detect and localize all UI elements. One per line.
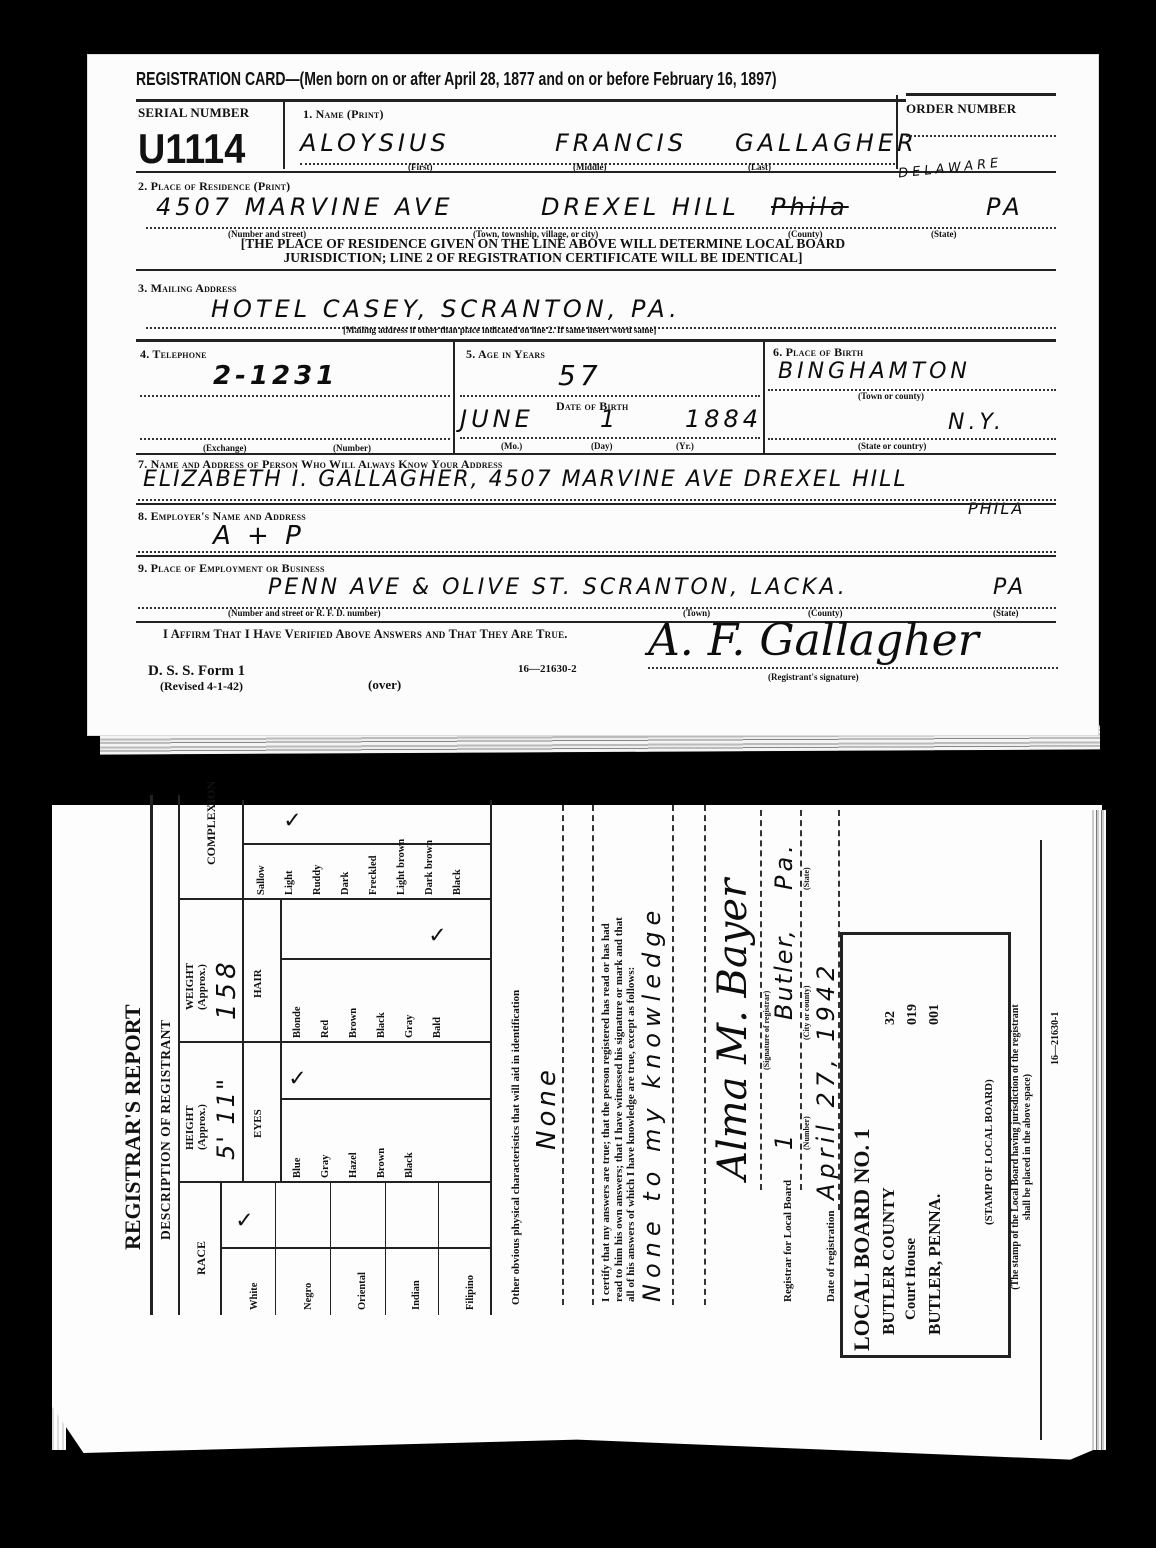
residence-state: PA: [986, 193, 1024, 221]
stamp-code-2: 019: [905, 1004, 921, 1025]
hair-black: Black: [368, 1006, 396, 1038]
race-indian: Indian: [390, 1272, 444, 1310]
mailing-value: HOTEL CASEY, SCRANTON, PA.: [211, 295, 681, 323]
first-name: ALOYSIUS: [300, 129, 450, 157]
eyes-black: Black: [396, 1148, 424, 1178]
registration-card-front: REGISTRATION CARD—(Men born on or after …: [88, 55, 1098, 735]
board-city-caption: (City or county): [802, 985, 811, 1040]
telephone-label: 4. Telephone: [140, 347, 207, 362]
middle-name: FRANCIS: [555, 129, 687, 157]
dob-day: 1: [600, 405, 619, 433]
serial-number-label: SERIAL NUMBER: [138, 105, 249, 121]
complexion-light-brown: Light brown: [388, 839, 416, 895]
registrar-board-city: Butler,: [770, 928, 798, 1020]
complexion-light: Light: [276, 839, 304, 895]
residence-town: DREXEL HILL: [541, 193, 740, 221]
age-value: 57: [558, 359, 602, 392]
mailing-field: HOTEL CASEY, SCRANTON, PA.: [146, 295, 1056, 329]
registrar-board-number: 1: [770, 1131, 798, 1150]
stamp-line-4: BUTLER, PENNA.: [925, 1194, 945, 1335]
birth-town: BINGHAMTON: [778, 359, 971, 384]
hair-gray: Gray: [396, 1006, 424, 1038]
race-label: RACE: [194, 1241, 209, 1275]
name-label: 1. Name (Print): [303, 107, 384, 122]
eyes-gray: Gray: [312, 1148, 340, 1178]
form-revised: (Revised 4-1-42): [160, 679, 243, 694]
employment-value: PENN AVE & OLIVE ST. SCRANTON, LACKA.: [268, 575, 848, 600]
residence-label: 2. Place of Residence (Print): [138, 179, 290, 194]
race-negro: Negro: [282, 1272, 336, 1310]
day-caption: (Day): [591, 441, 613, 451]
report-title: REGISTRAR'S REPORT: [120, 1004, 146, 1250]
certify-line-1: I certify that my answers are true; that…: [600, 917, 613, 1302]
year-caption: (Yr.): [676, 441, 694, 451]
signature-caption: (Registrant's signature): [768, 672, 859, 682]
over-label: (over): [368, 677, 401, 693]
eyes-blue-check: ✓: [288, 1066, 306, 1091]
residence-county: Phila: [771, 193, 849, 221]
eyes-options: Blue Gray Hazel Brown Black: [284, 1148, 424, 1178]
birth-state-caption: (State or country): [858, 441, 926, 451]
number-caption: (Number): [333, 443, 371, 453]
age-label: 5. Age in Years: [466, 347, 545, 362]
local-board-stamp: LOCAL BOARD NO. 1 BUTLER COUNTY Court Ho…: [840, 932, 1011, 1358]
date-of-registration-label: Date of registration: [825, 1211, 837, 1302]
serial-number-value: U1114: [138, 125, 245, 173]
complexion-light-check: ✓: [283, 808, 301, 833]
month-caption: (Mo.): [501, 441, 522, 451]
mailing-label: 3. Mailing Address: [138, 281, 237, 296]
certify-line-3: all of his answers of which I have knowl…: [625, 917, 638, 1302]
contact-value: ELIZABETH I. GALLAGHER, 4507 MARVINE AVE…: [143, 467, 908, 492]
registrant-signature: A. F. Gallagher: [648, 615, 979, 666]
complexion-sallow: Sallow: [248, 839, 276, 895]
county-correction: DELAWARE: [898, 156, 1003, 182]
hair-options: Blonde Red Brown Black Gray Bald: [284, 1006, 452, 1038]
order-number-label: ORDER NUMBER: [906, 101, 1016, 117]
height-label-block: HEIGHT (Approx.): [184, 1104, 208, 1150]
emp-street-caption: (Number and street or R. F. D. number): [228, 608, 381, 618]
certify-line-2: read to him his own answers; that I have…: [613, 917, 626, 1302]
name-field: ALOYSIUS FRANCIS GALLAGHER: [300, 129, 895, 165]
weight-approx: (Approx.): [196, 963, 208, 1010]
complexion-options: Sallow Light Ruddy Dark Freckled Light b…: [248, 839, 472, 895]
employer-value: A + P: [213, 521, 305, 551]
complexion-dark-brown: Dark brown: [416, 839, 444, 895]
birth-town-caption: (Town or county): [858, 391, 924, 401]
other-characteristics-label: Other obvious physical characteristics t…: [510, 990, 522, 1305]
stamp-code-1: 32: [883, 1011, 899, 1025]
eyes-blue: Blue: [284, 1148, 312, 1178]
eyes-hazel: Hazel: [340, 1148, 368, 1178]
employment-state: PA: [993, 575, 1026, 600]
employment-field: PENN AVE & OLIVE ST. SCRANTON, LACKA. PA: [138, 575, 1056, 609]
height-value: 5' 11": [212, 1077, 240, 1160]
registrar-board-label: Registrar for Local Board: [782, 1180, 794, 1302]
eyes-brown: Brown: [368, 1148, 396, 1178]
race-oriental: Oriental: [336, 1272, 390, 1310]
hair-label: HAIR: [252, 969, 264, 998]
stamp-line-3: Court House: [903, 1238, 920, 1320]
registrar-signature: Alma M. Bayer: [710, 879, 756, 1180]
complexion-black: Black: [444, 839, 472, 895]
registrars-report-rotated: REGISTRAR'S REPORT DESCRIPTION OF REGIST…: [120, 820, 1080, 1480]
registrar-board-state: Pa.: [770, 841, 798, 890]
form-id: D. S. S. Form 1: [148, 663, 245, 680]
weight-value: 158: [212, 958, 242, 1020]
race-options: White Negro Oriental Indian Filipino: [228, 1272, 498, 1310]
race-white-check: ✓: [235, 1208, 253, 1233]
birth-state: N.Y.: [948, 410, 1005, 435]
complexion-dark: Dark: [332, 839, 360, 895]
affirmation-text: I Affirm That I Have Verified Above Answ…: [163, 627, 568, 642]
stamp-note-line-1: (The stamp of the Local Board having jur…: [1010, 932, 1022, 1362]
stamp-line-1: LOCAL BOARD NO. 1: [849, 1129, 875, 1351]
stamp-note: (The stamp of the Local Board having jur…: [1010, 932, 1034, 1362]
certification-text: I certify that my answers are true; that…: [600, 917, 638, 1302]
height-approx: (Approx.): [196, 1104, 208, 1150]
contact-value-line2: PHILA: [968, 499, 1024, 518]
hair-blonde: Blonde: [284, 1006, 312, 1038]
print-code-back: 16—21630-1: [1050, 1012, 1061, 1065]
weight-label-block: WEIGHT (Approx.): [184, 963, 208, 1010]
race-white: White: [228, 1272, 282, 1310]
complexion-freckled: Freckled: [360, 839, 388, 895]
dob-field: JUNE 1 1884: [460, 405, 760, 439]
eyes-label: EYES: [252, 1109, 264, 1138]
hair-gray-check: ✓: [428, 923, 446, 948]
complexion-ruddy: Ruddy: [304, 839, 332, 895]
notice-line-1: [THE PLACE OF RESIDENCE GIVEN ON THE LIN…: [88, 237, 998, 251]
contact-field: ELIZABETH I. GALLAGHER, 4507 MARVINE AVE…: [138, 467, 1056, 501]
employment-label: 9. Place of Employment or Business: [138, 561, 325, 576]
stamp-caption: (STAMP OF LOCAL BOARD): [983, 1079, 995, 1225]
dob-month: JUNE: [460, 405, 534, 433]
employer-field: A + P: [138, 521, 1056, 553]
card-stack-edge-right: [1092, 810, 1106, 1450]
certification-exception: None to my knowledge: [638, 905, 666, 1302]
other-characteristics-value: None: [532, 1066, 562, 1150]
hair-bald: Bald: [424, 1006, 452, 1038]
height-label: HEIGHT: [184, 1104, 196, 1150]
stamp-line-2: BUTLER COUNTY: [879, 1187, 899, 1335]
board-number-caption: (Number): [802, 1116, 811, 1150]
telephone-value: 2-1231: [213, 361, 338, 391]
emp-state-caption: (State): [993, 608, 1019, 618]
report-subtitle: DESCRIPTION OF REGISTRANT: [158, 1019, 174, 1240]
complexion-label: COMPLEXION: [204, 781, 219, 865]
date-of-registration-value: April 27, 1942: [812, 961, 840, 1200]
print-code-front: 16—21630-2: [518, 663, 577, 675]
notice-line-2: JURISDICTION; LINE 2 OF REGISTRATION CER…: [88, 251, 998, 265]
weight-label: WEIGHT: [184, 963, 196, 1010]
dob-year: 1884: [685, 405, 762, 433]
stamp-note-line-2: shall be placed in the above space): [1022, 932, 1034, 1362]
stamp-code-3: 001: [927, 1004, 943, 1025]
birthplace-label: 6. Place of Birth: [773, 345, 863, 360]
hair-red: Red: [312, 1006, 340, 1038]
residence-field: 4507 MARVINE AVE DREXEL HILL Phila PA: [146, 193, 1056, 229]
birthplace-town: BINGHAMTON: [768, 359, 1056, 391]
card-title: REGISTRATION CARD—(Men born on or after …: [136, 69, 777, 90]
mailing-caption: [Mailing address if other than place ind…: [343, 325, 656, 335]
exchange-caption: (Exchange): [203, 443, 247, 453]
birthplace-state: N.Y.: [768, 410, 1056, 440]
residence-street: 4507 MARVINE AVE: [156, 193, 454, 221]
hair-brown: Brown: [340, 1006, 368, 1038]
board-state-caption: (State): [802, 867, 811, 890]
last-name: GALLAGHER: [735, 129, 918, 157]
residence-notice: [THE PLACE OF RESIDENCE GIVEN ON THE LIN…: [88, 237, 998, 265]
